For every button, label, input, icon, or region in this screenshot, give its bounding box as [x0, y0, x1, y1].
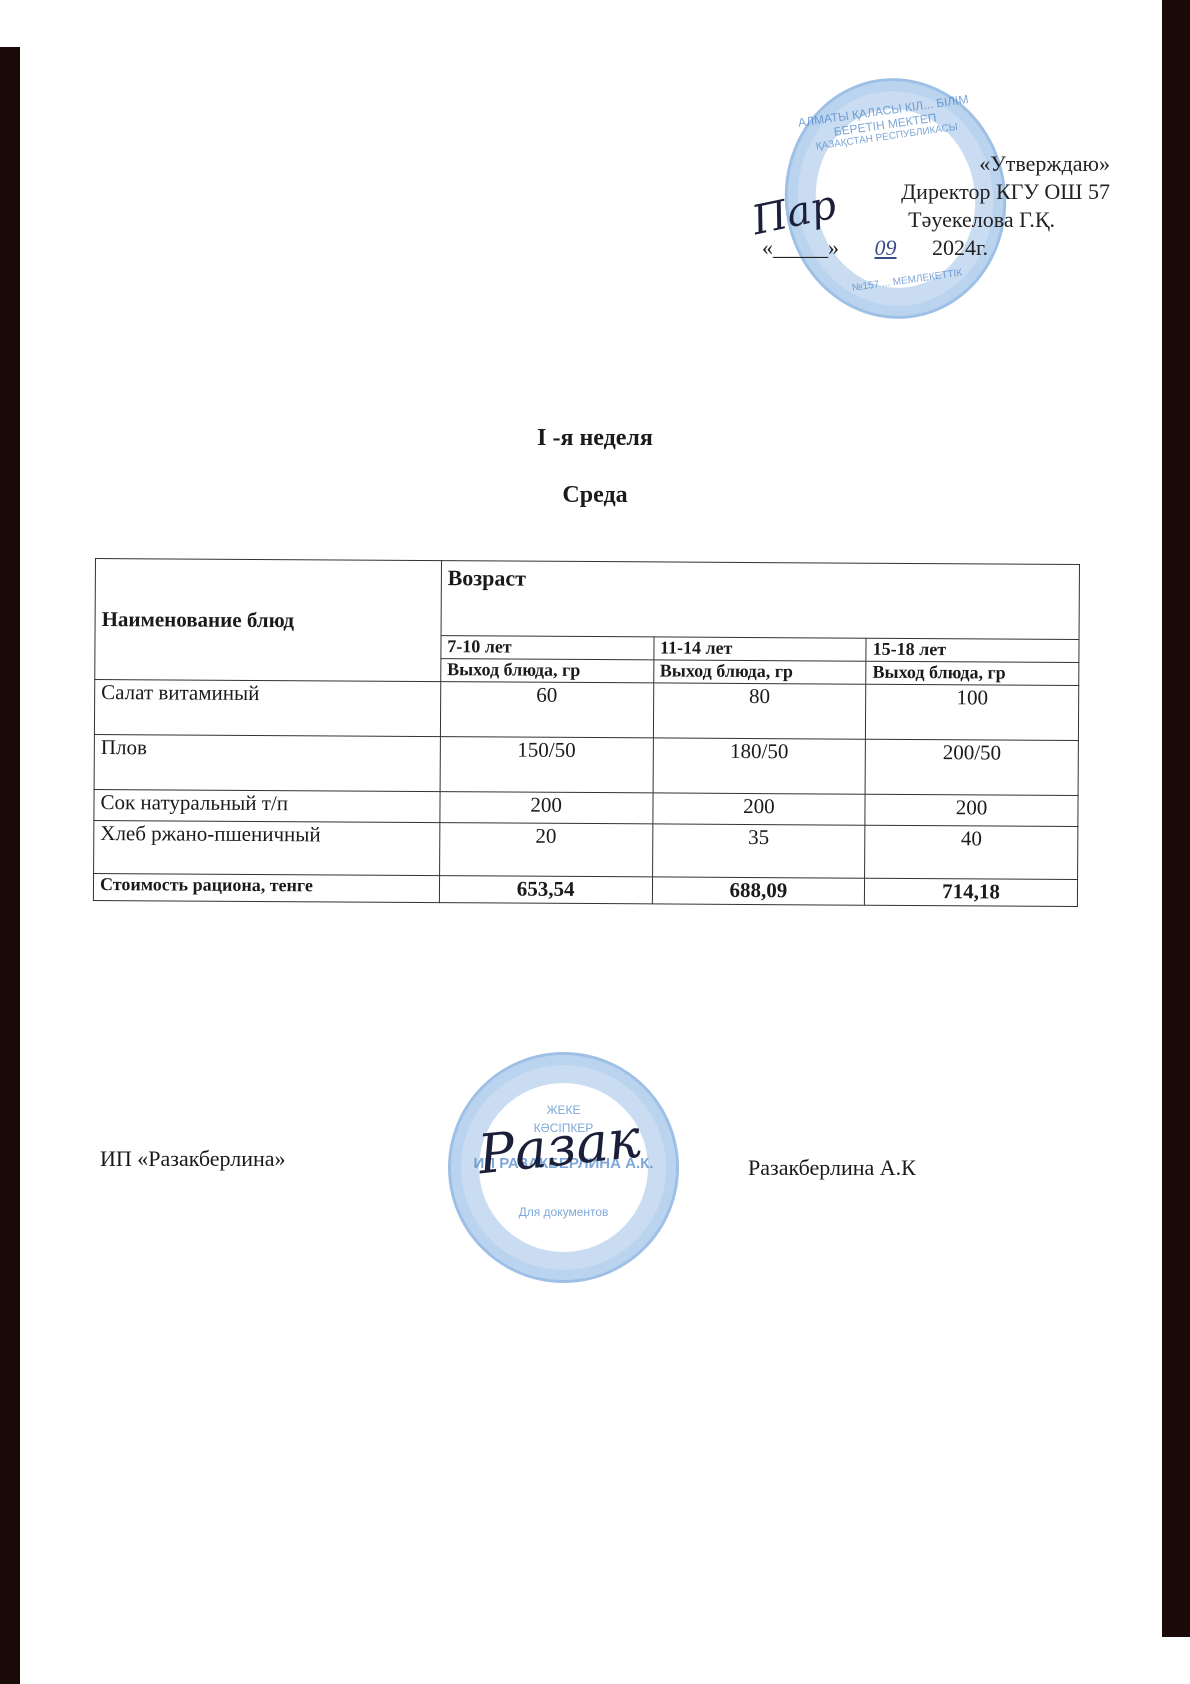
age-group: 15-18 лет: [866, 638, 1079, 662]
total-label: Стоимость рациона, тенге: [93, 873, 439, 902]
date-month: 09: [845, 235, 927, 260]
table-row: Плов 150/50 180/50 200/50: [94, 734, 1078, 795]
dish-value: 35: [652, 824, 865, 878]
dish-name: Хлеб ржано-пшеничный: [94, 820, 440, 875]
dish-value: 200: [652, 793, 865, 825]
date-year: 2024г.: [932, 235, 988, 260]
dish-value: 20: [439, 823, 652, 877]
dish-value: 100: [866, 684, 1079, 740]
total-value: 688,09: [652, 877, 865, 905]
dish-name: Плов: [94, 734, 440, 791]
ip-signatory: Разакберлина А.К: [748, 1155, 916, 1181]
table-row: Салат витаминый 60 80 100: [94, 680, 1078, 741]
yield-header: Выход блюда, гр: [653, 660, 866, 684]
table-row: Хлеб ржано-пшеничный 20 35 40: [94, 820, 1078, 879]
dish-value: 40: [865, 825, 1078, 879]
age-group: 11-14 лет: [653, 637, 866, 661]
approval-date: «_____» 09 2024г.: [752, 234, 1110, 262]
header-dish-name: Наименование блюд: [95, 559, 442, 682]
total-value: 714,18: [865, 878, 1078, 906]
dish-name: Сок натуральный т/п: [94, 789, 440, 822]
dish-value: 200: [440, 792, 653, 824]
total-value: 653,54: [439, 876, 652, 904]
dish-value: 150/50: [440, 737, 653, 793]
age-group: 7-10 лет: [441, 636, 654, 660]
stamp-bottom-text: №157 ... МЕМЛЕКЕТТІК: [800, 260, 1014, 301]
yield-header: Выход блюда, гр: [866, 661, 1079, 685]
dish-value: 180/50: [653, 738, 866, 794]
dish-value: 80: [653, 683, 866, 739]
total-row: Стоимость рациона, тенге 653,54 688,09 7…: [93, 873, 1077, 906]
header-age: Возраст: [441, 561, 1080, 640]
ip-name: ИП «Разакберлина»: [100, 1146, 286, 1172]
approval-title: «Утверждаю»: [770, 150, 1110, 178]
dish-value: 60: [440, 682, 653, 738]
week-heading: I -я неделя: [0, 425, 1190, 452]
stamp-line: Для документов: [451, 1205, 676, 1219]
dish-value: 200: [865, 794, 1078, 826]
dish-value: 200/50: [865, 739, 1078, 795]
dish-name: Салат витаминый: [94, 680, 440, 737]
scan-edge-left: [0, 47, 20, 1684]
day-heading: Среда: [0, 482, 1190, 509]
menu-table: Наименование блюд Возраст 7-10 лет 11-14…: [93, 558, 1080, 907]
yield-header: Выход блюда, гр: [441, 659, 654, 683]
scan-edge-right: [1162, 0, 1190, 1637]
date-close: »: [828, 235, 839, 260]
